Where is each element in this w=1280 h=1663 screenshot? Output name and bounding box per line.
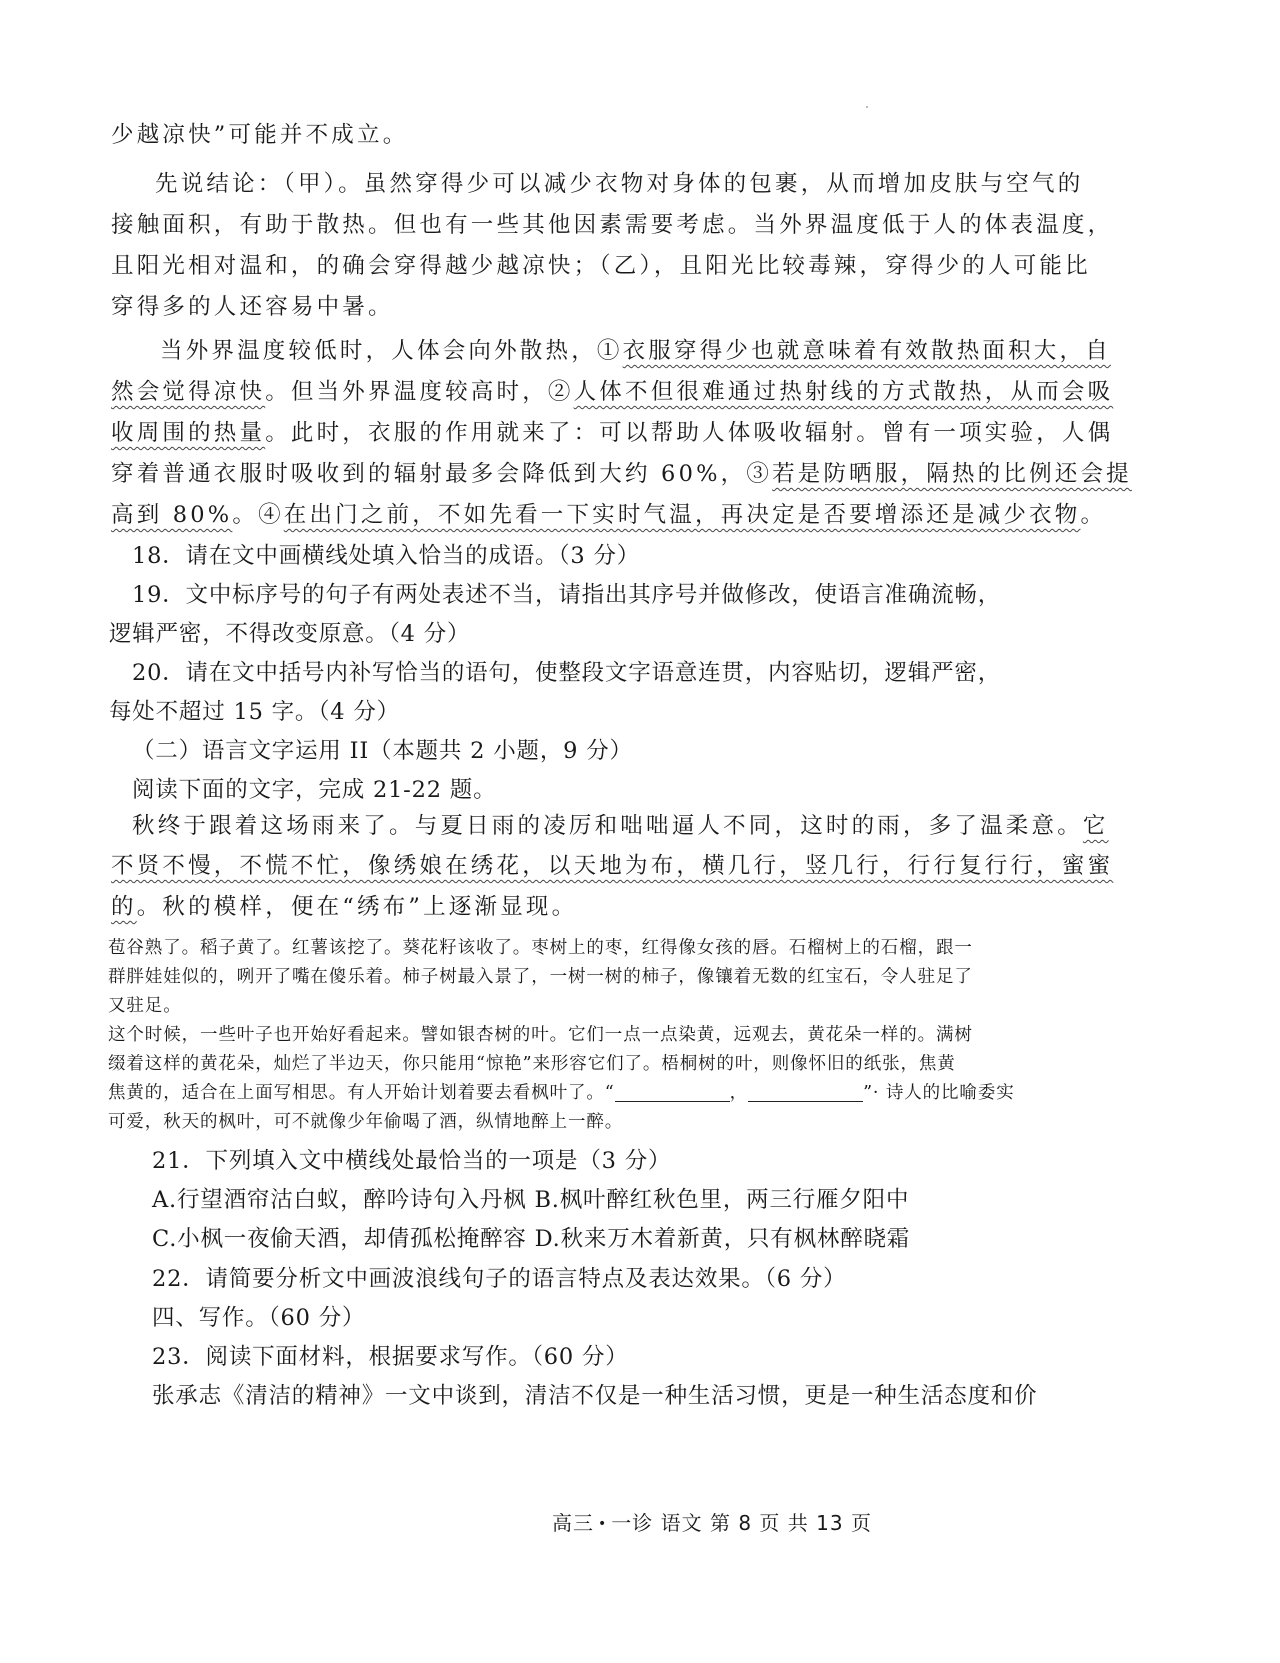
fill-blank-1 bbox=[615, 1084, 730, 1103]
wavy-underlined-text: 衣服穿得少也就意味着有效散热面积大，自 bbox=[623, 338, 1111, 364]
bullet-dot-icon: • bbox=[598, 1516, 607, 1532]
text: 。但当外界温度较高时，② bbox=[265, 379, 573, 405]
question-23-material: 张承志《清洁的精神》一文中谈到，清洁不仅是一种生活习惯，更是一种生活态度和价 bbox=[152, 1378, 1037, 1410]
passage1-line: 接触面积，有助于散热。但也有一些其他因素需要考虑。当外界温度低于人的体表温度， bbox=[111, 207, 1113, 239]
text: 。此时，衣服的作用就来了：可以帮助人体吸收辐射。曾有一项实验，人偶 bbox=[265, 420, 1113, 446]
passage1-para2-line: 收周围的热量。此时，衣服的作用就来了：可以帮助人体吸收辐射。曾有一项实验，人偶 bbox=[111, 415, 1113, 447]
text: 。 bbox=[1080, 502, 1106, 528]
footer-grade: 高三 bbox=[552, 1511, 594, 1535]
question-18: 18．请在文中画横线处填入恰当的成语。（3 分） bbox=[132, 538, 640, 570]
passage1-line: 且阳光相对温和，的确会穿得越少越凉快；（乙），且阳光比较毒辣，穿得少的人可能比 bbox=[111, 248, 1091, 280]
passage2-blank-line: 焦黄的，适合在上面写相思。有人开始计划着要去看枫叶了。“，”· 诗人的比喻委实 bbox=[108, 1079, 1015, 1104]
wavy-underlined-text: 在出门之前，不如先看一下实时气温，再决定是否要增添还是减少衣物 bbox=[284, 502, 1081, 528]
question-19-cont: 逻辑严密，不得改变原意。（4 分） bbox=[109, 616, 470, 648]
wavy-underlined-text: 不贤不慢，不慌不忙，像绣娘在绣花，以天地为布，横几行，竖几行，行行复行行，蜜蜜 bbox=[111, 853, 1113, 879]
section-writing: 四、写作。（60 分） bbox=[152, 1300, 365, 1332]
wavy-underlined-text: 若是防晒服，隔热的比例还会提 bbox=[772, 461, 1132, 487]
wavy-underlined-text: 高到 80% bbox=[111, 502, 232, 528]
text: 。秋的模样，便在“绣布”上逐渐显现。 bbox=[137, 894, 578, 920]
page-footer: 高三•一诊 语文 第 8 页 共 13 页 bbox=[552, 1507, 872, 1536]
question-21-options-ab: A.行望酒帘沽白蚁，醉吟诗句入丹枫 B.枫叶醉红秋色里，两三行雁夕阳中 bbox=[152, 1182, 909, 1214]
passage2-small-line: 又驻足。 bbox=[108, 992, 182, 1017]
text: ， bbox=[730, 1083, 748, 1103]
passage1-line: 穿得多的人还容易中暑。 bbox=[111, 289, 394, 321]
question-22: 22．请简要分析文中画波浪线句子的语言特点及表达效果。（6 分） bbox=[152, 1261, 846, 1293]
question-19: 19．文中标序号的句子有两处表述不当，请指出其序号并做修改，使语言准确流畅， bbox=[132, 577, 1001, 609]
scan-speck bbox=[866, 106, 868, 108]
passage1-para2-line: 当外界温度较低时，人体会向外散热，①衣服穿得少也就意味着有效散热面积大，自 bbox=[160, 333, 1111, 365]
section-instruction: 阅读下面的文字，完成 21-22 题。 bbox=[132, 772, 496, 804]
text: 穿着普通衣服时吸收到的辐射最多会降低到大约 60%，③ bbox=[111, 461, 772, 487]
text: 焦黄的，适合在上面写相思。有人开始计划着要去看枫叶了。“ bbox=[108, 1083, 615, 1103]
passage2-small-line: 苞谷熟了。稻子黄了。红薯该挖了。葵花籽该收了。枣树上的枣，红得像女孩的唇。石榴树… bbox=[108, 934, 973, 959]
passage2-line: 的。秋的模样，便在“绣布”上逐渐显现。 bbox=[111, 889, 577, 921]
section-heading: （二）语言文字运用 II（本题共 2 小题，9 分） bbox=[132, 733, 633, 765]
text: 秋终于跟着这场雨来了。与夏日雨的凌厉和咄咄逼人不同，这时的雨，多了温柔意。 bbox=[132, 813, 1083, 839]
question-20-cont: 每处不超过 15 字。（4 分） bbox=[109, 694, 400, 726]
text: ”· 诗人的比喻委实 bbox=[863, 1083, 1015, 1103]
passage1-para2-line: 高到 80%。④在出门之前，不如先看一下实时气温，再决定是否要增添还是减少衣物。 bbox=[111, 497, 1106, 529]
text: 。④ bbox=[232, 502, 283, 528]
wavy-underlined-text: 人体不但很难通过热射线的方式散热，从而会吸 bbox=[574, 379, 1114, 405]
passage2-small-line: 群胖娃娃似的，咧开了嘴在傻乐着。柿子树最入景了，一树一树的柿子，像镶着无数的红宝… bbox=[108, 963, 973, 988]
passage1-para2-line: 然会觉得凉快。但当外界温度较高时，②人体不但很难通过热射线的方式散热，从而会吸 bbox=[111, 374, 1113, 406]
fill-blank-2 bbox=[748, 1084, 863, 1103]
text: 当外界温度较低时，人体会向外散热，① bbox=[160, 338, 623, 364]
passage2-small-line: 可爱，秋天的枫叶，可不就像少年偷喝了酒，纵情地醉上一醉。 bbox=[108, 1108, 623, 1133]
passage2-small-line: 缀着这样的黄花朵，灿烂了半边天，你只能用“惊艳”来形容它们了。梧桐树的叶，则像怀… bbox=[108, 1050, 956, 1075]
question-21-options-cd: C.小枫一夜偷天酒，却倩孤松掩醉容 D.秋来万木着新黄，只有枫林醉晓霜 bbox=[152, 1221, 910, 1253]
question-23: 23．阅读下面材料，根据要求写作。（60 分） bbox=[152, 1339, 629, 1371]
wavy-underlined-text: 收周围的热量 bbox=[111, 420, 265, 446]
wavy-underlined-text: 然会觉得凉快 bbox=[111, 379, 265, 405]
passage1-para2-line: 穿着普通衣服时吸收到的辐射最多会降低到大约 60%，③若是防晒服，隔热的比例还会… bbox=[111, 456, 1132, 488]
passage2-line: 不贤不慢，不慌不忙，像绣娘在绣花，以天地为布，横几行，竖几行，行行复行行，蜜蜜 bbox=[111, 848, 1113, 880]
footer-page-info: 一诊 语文 第 8 页 共 13 页 bbox=[611, 1511, 872, 1535]
passage1-line: 先说结论：（甲）。虽然穿得少可以减少衣物对身体的包裹，从而增加皮肤与空气的 bbox=[155, 166, 1083, 198]
passage2-line: 秋终于跟着这场雨来了。与夏日雨的凌厉和咄咄逼人不同，这时的雨，多了温柔意。它 bbox=[132, 808, 1109, 840]
exam-page: 少越凉快”可能并不成立。 先说结论：（甲）。虽然穿得少可以减少衣物对身体的包裹，… bbox=[0, 0, 1280, 1663]
passage2-small-line: 这个时候，一些叶子也开始好看起来。譬如银杏树的叶。它们一点一点染黄，远观去，黄花… bbox=[108, 1021, 973, 1046]
wavy-underlined-text: 的 bbox=[111, 894, 137, 920]
question-20: 20．请在文中括号内补写恰当的语句，使整段文字语意连贯，内容贴切，逻辑严密， bbox=[132, 655, 1001, 687]
question-21: 21．下列填入文中横线处最恰当的一项是（3 分） bbox=[152, 1143, 671, 1175]
passage1-line: 少越凉快”可能并不成立。 bbox=[111, 117, 408, 149]
wavy-underlined-text: 它 bbox=[1083, 813, 1109, 839]
